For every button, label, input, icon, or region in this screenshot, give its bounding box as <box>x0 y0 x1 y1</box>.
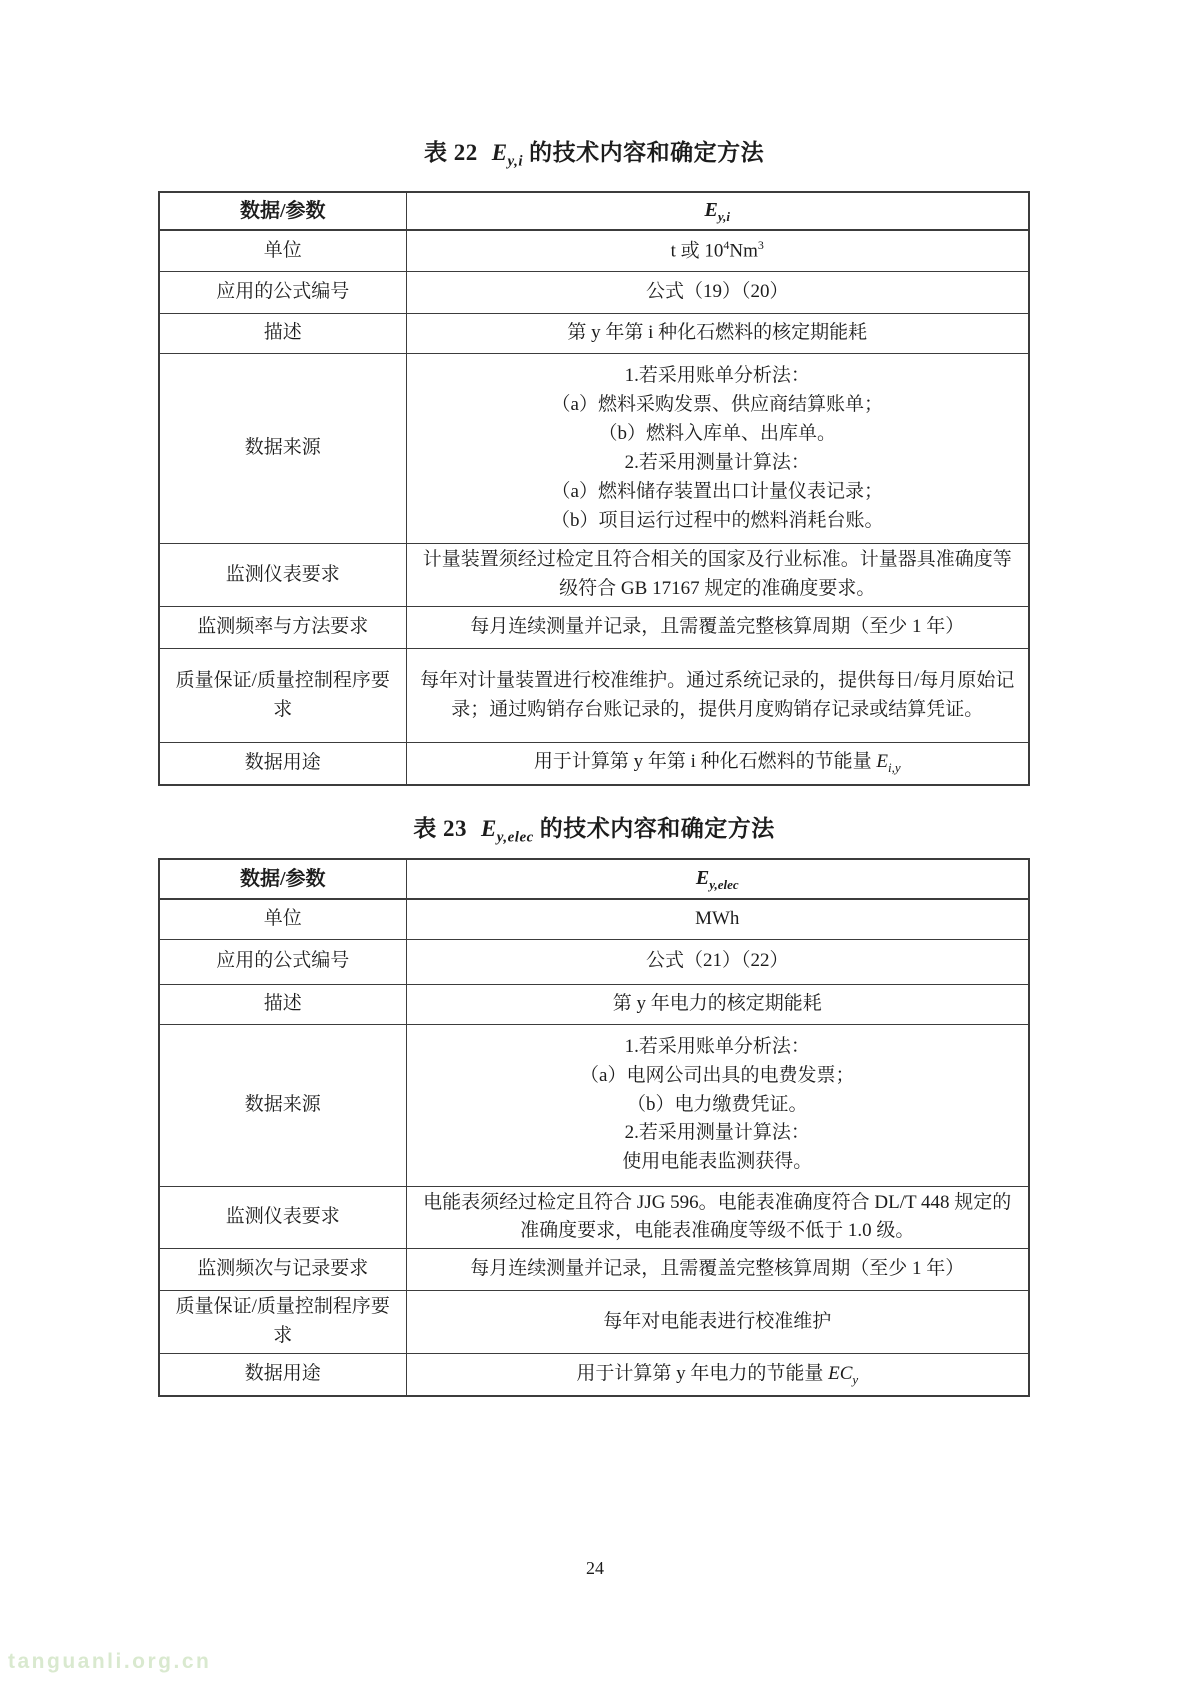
table23-caption: 表 23Ey,elec的技术内容和确定方法 <box>158 810 1030 847</box>
data-usage-value: 用于计算第 y 年电力的节能量 ECy <box>406 1354 1029 1396</box>
param-header-value: Ey,i <box>406 192 1029 230</box>
meter-requirement-value: 计量装置须经过检定且符合相关的国家及行业标准。计量器具准确度等级符合 GB 17… <box>406 544 1029 607</box>
table-row: 数据来源 1.若采用账单分析法： （a）燃料采购发票、供应商结算账单； （b）燃… <box>159 354 1029 544</box>
meter-requirement-label: 监测仪表要求 <box>159 544 406 607</box>
table-row: 质量保证/质量控制程序要求 每年对计量装置进行校准维护。通过系统记录的，提供每日… <box>159 649 1029 743</box>
qa-qc-label: 质量保证/质量控制程序要求 <box>159 649 406 743</box>
data-usage-text: 用于计算第 y 年第 i 种化石燃料的节能量 <box>534 751 877 772</box>
table-row: 监测频率与方法要求 每月连续测量并记录，且需覆盖完整核算周期（至少 1 年） <box>159 607 1029 649</box>
data-source-value: 1.若采用账单分析法： （a）电网公司出具的电费发票； （b）电力缴费凭证。 2… <box>406 1024 1029 1186</box>
description-value: 第 y 年电力的核定期能耗 <box>406 984 1029 1024</box>
table-row: 应用的公式编号 公式（21）（22） <box>159 939 1029 984</box>
qa-qc-value: 每年对计量装置进行校准维护。通过系统记录的，提供每日/每月原始记录；通过购销存台… <box>406 649 1029 743</box>
table22-caption-prefix: 表 22 <box>424 140 478 165</box>
frequency-requirement-label: 监测频次与记录要求 <box>159 1249 406 1291</box>
param-symbol-subscript: y,i <box>718 209 730 224</box>
meter-requirement-label: 监测仪表要求 <box>159 1186 406 1249</box>
description-label: 描述 <box>159 984 406 1024</box>
table23-caption-suffix: 的技术内容和确定方法 <box>540 816 775 841</box>
table-row: 单位 t 或 104Nm3 <box>159 230 1029 272</box>
data-usage-text: 用于计算第 y 年电力的节能量 <box>576 1363 828 1384</box>
page-number: 24 <box>0 1558 1190 1579</box>
param-header-label: 数据/参数 <box>159 859 406 899</box>
param-symbol-subscript: y,elec <box>709 877 738 892</box>
description-label: 描述 <box>159 314 406 354</box>
table-row: 数据/参数 Ey,i <box>159 192 1029 230</box>
table23-caption-symbol: E <box>481 816 497 841</box>
frequency-requirement-label: 监测频率与方法要求 <box>159 607 406 649</box>
unit-superscript: 3 <box>758 238 764 252</box>
data-usage-subscript: i,y <box>888 760 901 775</box>
watermark: tanguanli.org.cn <box>8 1650 211 1674</box>
table-22: 数据/参数 Ey,i 单位 t 或 104Nm3 应用的公式编号 公式（19）（… <box>158 191 1030 786</box>
table-row: 描述 第 y 年第 i 种化石燃料的核定期能耗 <box>159 314 1029 354</box>
param-header-label: 数据/参数 <box>159 192 406 230</box>
data-usage-label: 数据用途 <box>159 1354 406 1396</box>
frequency-requirement-value: 每月连续测量并记录，且需覆盖完整核算周期（至少 1 年） <box>406 607 1029 649</box>
data-source-value: 1.若采用账单分析法： （a）燃料采购发票、供应商结算账单； （b）燃料入库单、… <box>406 354 1029 544</box>
unit-part: Nm <box>729 240 758 261</box>
description-value: 第 y 年第 i 种化石燃料的核定期能耗 <box>406 314 1029 354</box>
table-row: 单位 MWh <box>159 899 1029 939</box>
table-row: 数据/参数 Ey,elec <box>159 859 1029 899</box>
unit-value: t 或 104Nm3 <box>406 230 1029 272</box>
data-source-label: 数据来源 <box>159 354 406 544</box>
param-header-value: Ey,elec <box>406 859 1029 899</box>
table-row: 监测频次与记录要求 每月连续测量并记录，且需覆盖完整核算周期（至少 1 年） <box>159 1249 1029 1291</box>
meter-requirement-value: 电能表须经过检定且符合 JJG 596。电能表准确度符合 DL/T 448 规定… <box>406 1186 1029 1249</box>
table-row: 数据来源 1.若采用账单分析法： （a）电网公司出具的电费发票； （b）电力缴费… <box>159 1024 1029 1186</box>
qa-qc-value: 每年对电能表进行校准维护 <box>406 1291 1029 1354</box>
param-symbol: E <box>705 199 718 221</box>
table-row: 应用的公式编号 公式（19）（20） <box>159 272 1029 314</box>
table22-caption-subscript: y,i <box>508 154 524 170</box>
param-symbol: E <box>696 867 709 889</box>
table-row: 数据用途 用于计算第 y 年电力的节能量 ECy <box>159 1354 1029 1396</box>
document-page: 表 22Ey,i的技术内容和确定方法 数据/参数 Ey,i 单位 t 或 104… <box>0 0 1190 1683</box>
formula-value: 公式（21）（22） <box>406 939 1029 984</box>
table23-caption-prefix: 表 23 <box>413 816 467 841</box>
unit-label: 单位 <box>159 899 406 939</box>
qa-qc-label: 质量保证/质量控制程序要求 <box>159 1291 406 1354</box>
formula-label: 应用的公式编号 <box>159 939 406 984</box>
table22-caption-symbol: E <box>492 140 508 165</box>
unit-label: 单位 <box>159 230 406 272</box>
table23-caption-subscript: y,elec <box>497 830 534 846</box>
table-row: 数据用途 用于计算第 y 年第 i 种化石燃料的节能量 Ei,y <box>159 743 1029 785</box>
formula-label: 应用的公式编号 <box>159 272 406 314</box>
table22-caption-suffix: 的技术内容和确定方法 <box>529 140 764 165</box>
table-23: 数据/参数 Ey,elec 单位 MWh 应用的公式编号 公式（21）（22） … <box>158 858 1030 1397</box>
unit-part: t 或 10 <box>671 240 724 261</box>
unit-value: MWh <box>406 899 1029 939</box>
formula-value: 公式（19）（20） <box>406 272 1029 314</box>
data-usage-symbol: E <box>876 751 888 772</box>
table-row: 监测仪表要求 计量装置须经过检定且符合相关的国家及行业标准。计量器具准确度等级符… <box>159 544 1029 607</box>
table22-caption: 表 22Ey,i的技术内容和确定方法 <box>158 134 1030 171</box>
data-usage-symbol: EC <box>828 1363 852 1384</box>
data-source-label: 数据来源 <box>159 1024 406 1186</box>
frequency-requirement-value: 每月连续测量并记录，且需覆盖完整核算周期（至少 1 年） <box>406 1249 1029 1291</box>
data-usage-value: 用于计算第 y 年第 i 种化石燃料的节能量 Ei,y <box>406 743 1029 785</box>
data-usage-label: 数据用途 <box>159 743 406 785</box>
table-row: 质量保证/质量控制程序要求 每年对电能表进行校准维护 <box>159 1291 1029 1354</box>
table-row: 监测仪表要求 电能表须经过检定且符合 JJG 596。电能表准确度符合 DL/T… <box>159 1186 1029 1249</box>
data-usage-subscript: y <box>852 1372 858 1387</box>
table-row: 描述 第 y 年电力的核定期能耗 <box>159 984 1029 1024</box>
